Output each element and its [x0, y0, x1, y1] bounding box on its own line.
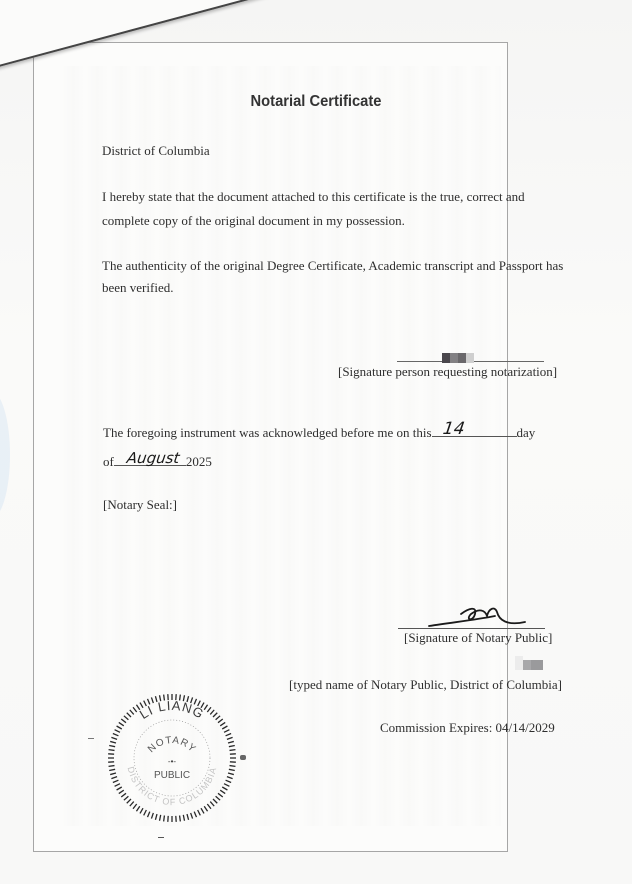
verification-line-2: been verified.: [102, 280, 173, 296]
notary-seal-label: [Notary Seal:]: [103, 497, 177, 513]
svg-text:NOTARY: NOTARY: [146, 735, 198, 755]
redacted-notary-name: [515, 657, 543, 667]
acknowledgment-of: of: [103, 454, 114, 469]
scan-mark: [88, 738, 94, 739]
acknowledgment-prefix: The foregoing instrument was acknowledge…: [103, 425, 432, 440]
statement-line-2: complete copy of the original document i…: [102, 213, 405, 229]
seal-center-bottom: PUBLIC: [154, 770, 190, 781]
acknowledgment-line: The foregoing instrument was acknowledge…: [103, 424, 535, 441]
notary-seal-stamp: LI LIANG NOTARY -•- PUBLIC DISTRICT OF C…: [97, 688, 247, 823]
requester-signature-label: [Signature person requesting notarizatio…: [338, 364, 557, 380]
handwritten-day: 14: [442, 419, 466, 439]
notary-typed-name-label: [typed name of Notary Public, District o…: [289, 677, 562, 693]
svg-text:LI LIANG: LI LIANG: [137, 698, 207, 722]
document-title: Notarial Certificate: [25, 93, 606, 111]
seal-center-top: NOTARY: [146, 735, 198, 755]
handwritten-month: August: [126, 449, 181, 467]
jurisdiction: District of Columbia: [102, 143, 210, 159]
verification-line-1: The authenticity of the original Degree …: [102, 258, 563, 274]
acknowledgment-day-suffix: day: [517, 425, 536, 440]
statement-line-1: I hereby state that the document attache…: [102, 189, 525, 205]
seal-name: LI LIANG: [137, 698, 207, 722]
commission-expires: Commission Expires: 04/14/2029: [380, 720, 555, 736]
notary-signature-line: [398, 628, 545, 629]
seal-divider: -•-: [168, 757, 176, 766]
redacted-requester-signature: [442, 350, 474, 360]
scan-mark: [240, 755, 246, 760]
acknowledgment-year: 2025: [186, 454, 212, 469]
scan-mark: [158, 837, 164, 838]
notary-signature-label: [Signature of Notary Public]: [404, 630, 552, 646]
